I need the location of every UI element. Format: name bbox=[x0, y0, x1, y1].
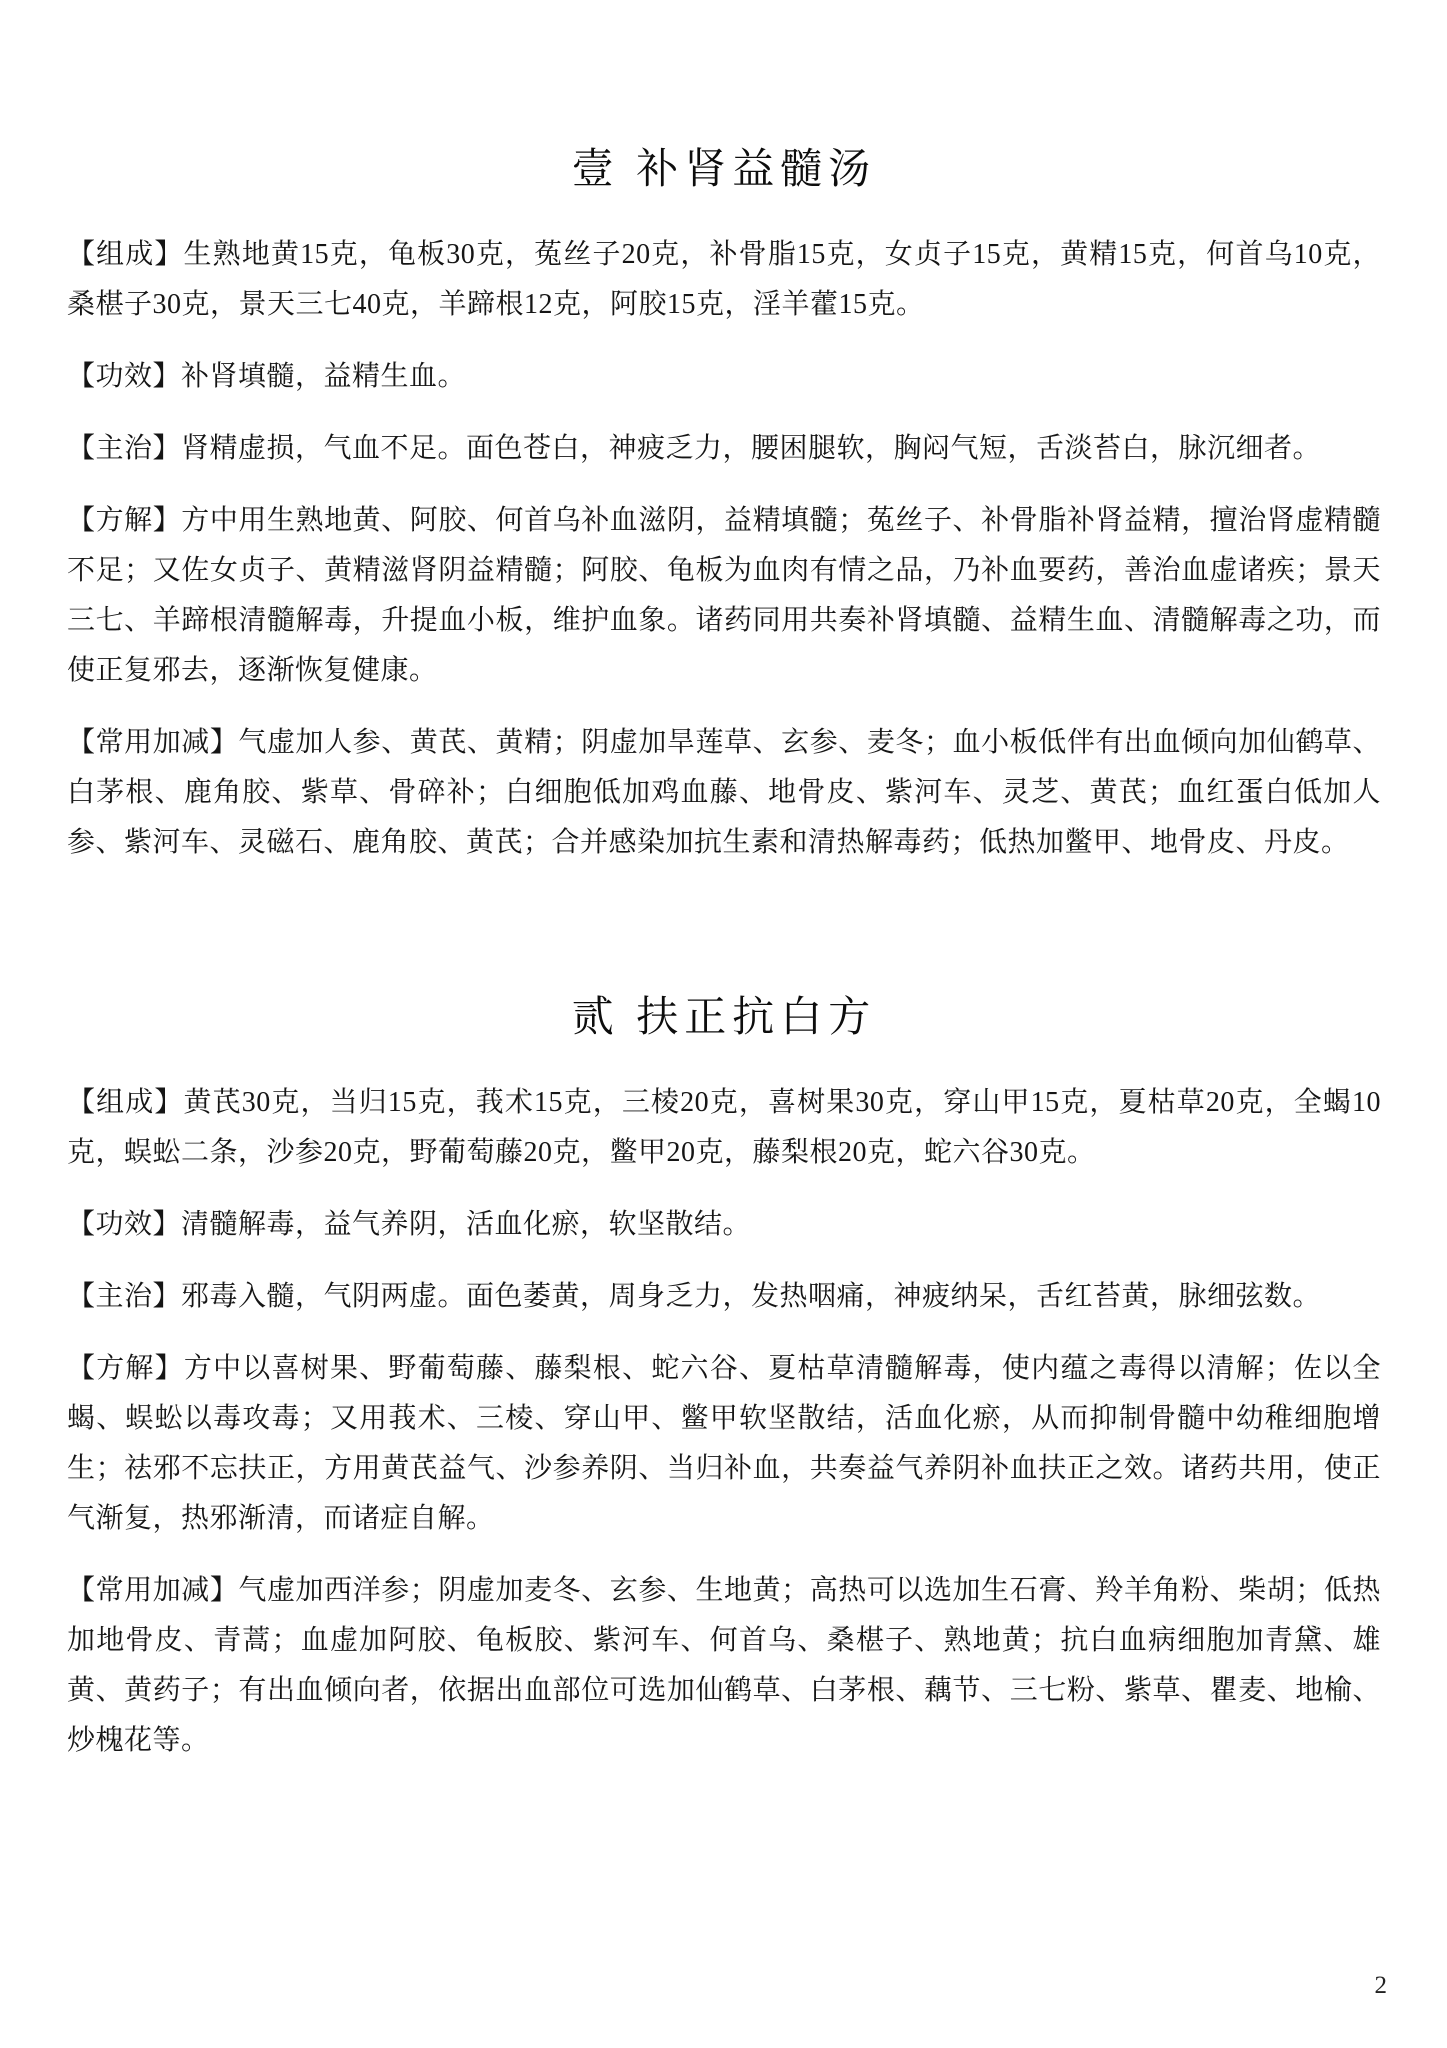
paragraph-efficacy-2: 【功效】清髓解毒，益气养阴，活血化瘀，软坚散结。 bbox=[67, 1200, 1381, 1250]
page-number: 2 bbox=[1375, 1972, 1388, 2000]
paragraph-composition-2: 【组成】黄芪30克，当归15克，莪术15克，三棱20克，喜树果30克，穿山甲15… bbox=[67, 1078, 1381, 1178]
section-title-2: 贰 扶正抗白方 bbox=[67, 984, 1381, 1044]
section-title-1: 壹 补肾益髓汤 bbox=[67, 136, 1381, 196]
paragraph-composition-1: 【组成】生熟地黄15克，龟板30克，菟丝子20克，补骨脂15克，女贞子15克，黄… bbox=[67, 230, 1381, 330]
paragraph-indications-1: 【主治】肾精虚损，气血不足。面色苍白，神疲乏力，腰困腿软，胸闷气短，舌淡苔白，脉… bbox=[67, 424, 1381, 474]
paragraph-modifications-1: 【常用加减】气虚加人参、黄芪、黄精；阴虚加旱莲草、玄参、麦冬；血小板低伴有出血倾… bbox=[67, 718, 1381, 868]
paragraph-efficacy-1: 【功效】补肾填髓，益精生血。 bbox=[67, 352, 1381, 402]
section-formula-2: 贰 扶正抗白方 【组成】黄芪30克，当归15克，莪术15克，三棱20克，喜树果3… bbox=[67, 984, 1381, 1766]
section-formula-1: 壹 补肾益髓汤 【组成】生熟地黄15克，龟板30克，菟丝子20克，补骨脂15克，… bbox=[67, 136, 1381, 868]
document-page: 壹 补肾益髓汤 【组成】生熟地黄15克，龟板30克，菟丝子20克，补骨脂15克，… bbox=[0, 0, 1447, 2048]
paragraph-explanation-2: 【方解】方中以喜树果、野葡萄藤、藤梨根、蛇六谷、夏枯草清髓解毒，使内蕴之毒得以清… bbox=[67, 1344, 1381, 1544]
paragraph-explanation-1: 【方解】方中用生熟地黄、阿胶、何首乌补血滋阴，益精填髓；菟丝子、补骨脂补肾益精，… bbox=[67, 496, 1381, 696]
paragraph-indications-2: 【主治】邪毒入髓，气阴两虚。面色萎黄，周身乏力，发热咽痛，神疲纳呆，舌红苔黄，脉… bbox=[67, 1272, 1381, 1322]
paragraph-modifications-2: 【常用加减】气虚加西洋参；阴虚加麦冬、玄参、生地黄；高热可以选加生石膏、羚羊角粉… bbox=[67, 1566, 1381, 1766]
